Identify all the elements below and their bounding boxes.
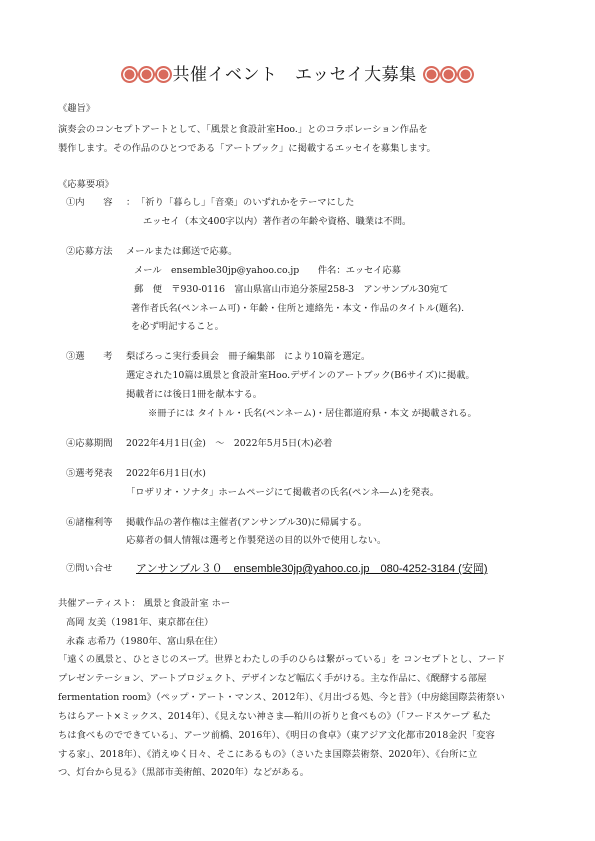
period-text: 2022年4月1日(金) ～ 2022年5月5日(木)必着 xyxy=(126,437,332,451)
rights-line: 掲載作品の著作権は主催者(アンサンブル30)に帰属する。 xyxy=(126,516,367,530)
circle-icon xyxy=(424,67,439,82)
content-colon: ： xyxy=(126,196,135,210)
guidelines-heading: 《応募要項》 xyxy=(58,178,114,192)
announcement-line: 2022年6月1日(水) xyxy=(126,467,206,481)
purpose-heading: 《趣旨》 xyxy=(58,102,95,116)
artist-bio-line: つ、灯台から見る》（黒部市美術館、2020年）などがある。 xyxy=(58,766,309,780)
artist-member: 永森 志希乃（1980年、富山県在住） xyxy=(66,635,223,649)
period-label: ④応募期間 xyxy=(66,437,113,451)
selection-note: ※冊子には タイトル・氏名(ペンネーム)・居住都道府県・本文 が掲載される。 xyxy=(148,407,477,421)
artist-member: 高岡 友美（1981年、東京都在住） xyxy=(66,616,213,630)
selection-label: ③選 考 xyxy=(66,350,113,364)
announcement-line: 「ロザリオ・ソナタ」ホームページにて掲載者の氏名(ペンネ―ム)を発表。 xyxy=(126,486,439,500)
purpose-line: 演奏会のコンセプトアートとして、「風景と食設計室Hoo.」とのコラボレーション作… xyxy=(58,123,428,137)
circle-icon xyxy=(156,67,171,82)
page-title: 共催イベント エッセイ大募集 xyxy=(0,60,595,86)
purpose-line: 製作します。その作品のひとつである「アートブック」に掲載するエッセイを募集します… xyxy=(58,142,436,156)
selection-line: 掲載者には後日1冊を献本する。 xyxy=(126,388,262,402)
content-line: 「祈り「暮らし」「音楽」のいずれかをテーマにした xyxy=(136,196,354,210)
circle-icon xyxy=(458,67,473,82)
artist-bio-line: ちは食べものでできている」、アーツ前橋、2016年）、《明日の食卓》（東アジア文… xyxy=(58,729,495,743)
artist-heading: 共催アーティスト： 風景と食設計室 ホー xyxy=(58,597,230,611)
rights-label: ⑥諸権利等 xyxy=(66,516,113,530)
announcement-label: ⑤選考発表 xyxy=(66,467,113,481)
circle-icon xyxy=(441,67,456,82)
selection-line: 梨ぱろっこ実行委員会 冊子編集部 により10篇を選定。 xyxy=(126,350,370,364)
content-label: ①内 容 xyxy=(66,196,113,210)
circle-decoration-right xyxy=(423,66,474,86)
method-line: を必ず明記すること。 xyxy=(131,320,224,334)
method-line: 著作者氏名(ペンネーム可)・年齢・住所と連絡先・本文・作品のタイトル(題名). xyxy=(131,302,464,316)
method-line: メールまたは郵送で応募。 xyxy=(126,245,237,259)
artist-bio-line: ちはらアート×ミックス、2014年）、《見えない神さま―粕川の祈りと食べもの》（… xyxy=(58,710,491,724)
title-text: 共催イベント エッセイ大募集 xyxy=(172,65,416,85)
method-email-line: メール ensemble30jp@yahoo.co.jp 件名：エッセイ応募 xyxy=(134,264,401,278)
rights-line: 応募者の個人情報は選考と作製発送の目的以外で使用しない。 xyxy=(126,534,386,548)
contact-link[interactable]: アンサンブル３０ ensemble30jp@yahoo.co.jp 080-42… xyxy=(136,560,488,576)
method-label: ②応募方法 xyxy=(66,245,113,259)
circle-icon xyxy=(139,67,154,82)
selection-line: 選定された10篇は風景と食設計室Hoo.デザインのアートブック(B6サイズ)に掲… xyxy=(126,369,475,383)
contact-label: ⑦問い合せ xyxy=(66,562,113,576)
circle-decoration-left xyxy=(121,66,172,86)
method-post-line: 郵 便 〒930-0116 富山県富山市追分茶屋258-3 アンサンブル30宛て xyxy=(134,283,448,297)
artist-bio-line: する家」、2018年）、《消えゆく日々、そこにあるもの》（さいたま国際芸術祭、2… xyxy=(58,748,477,762)
artist-bio-line: プレゼンテーション、アートプロジェクト、デザインなど幅広く手がける。主な作品に、… xyxy=(58,672,487,686)
content-line: エッセイ（本文400字以内）著作者の年齢や資格、職業は不問。 xyxy=(143,215,411,229)
artist-bio-line: fermentation room》（ペップ・アート・マンス、2012年）、《月… xyxy=(58,691,505,705)
circle-icon xyxy=(122,67,137,82)
artist-bio-line: 「遠くの風景と、ひとさじのスープ。世界とわたしの手のひらは繋がっている」を コン… xyxy=(58,653,505,667)
